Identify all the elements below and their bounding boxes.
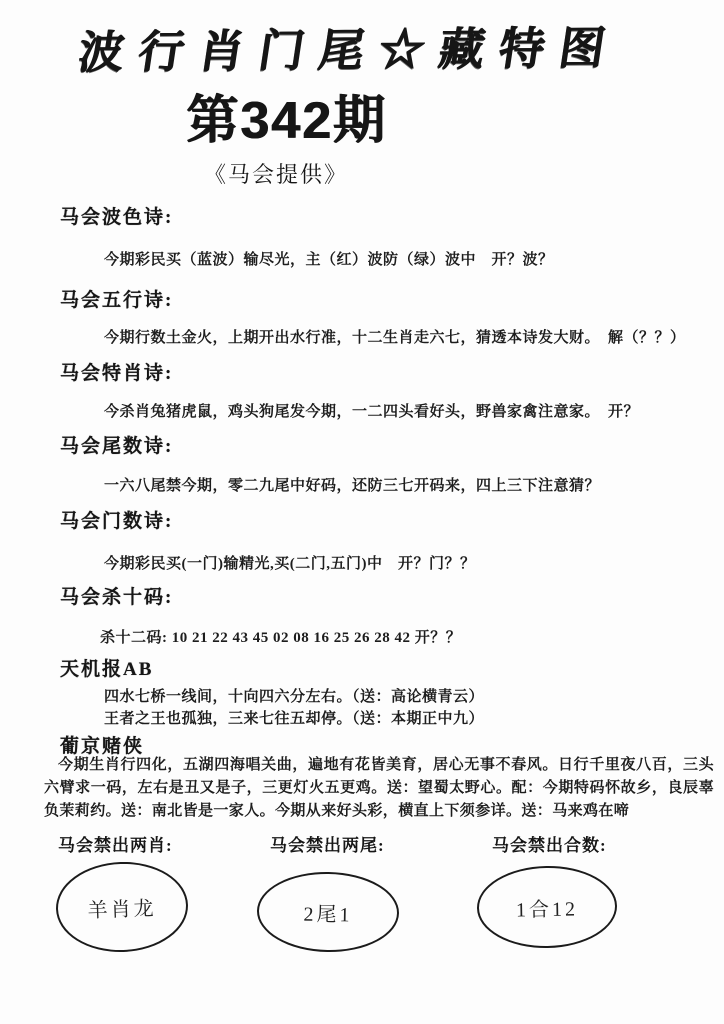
- section-heading-bose: 马会波色诗:: [60, 202, 173, 229]
- section-heading-menshu: 马会门数诗:: [60, 506, 173, 533]
- poem-line-texiao: 今杀肖兔猪虎鼠，鸡头狗尾发今期，一二四头看好头，野兽家禽注意家。 开？: [104, 400, 639, 421]
- forbidden-sum-heading: 马会禁出合数:: [492, 831, 607, 856]
- poem-line-weishu: 一六八尾禁今期，零二九尾中好码，还防三七开码来，四上三下注意猜？: [104, 474, 600, 495]
- killed-numbers-line: 杀十二码: 10 21 22 43 45 02 08 16 25 26 28 4…: [100, 626, 461, 647]
- section-heading-wuxing: 马会五行诗:: [60, 285, 173, 312]
- forbidden-zodiac-oval: 羊肖龙: [54, 860, 189, 955]
- forbidden-tail-value: 2尾1: [303, 897, 352, 927]
- pujing-paragraph: 今期生肖行四化，五湖四海唱关曲，遍地有花皆美育，居心无事不春风。日行千里夜八百，…: [44, 754, 714, 823]
- forbidden-tail-oval: 2尾1: [256, 871, 399, 953]
- issue-number: 第342期: [186, 78, 387, 153]
- tianji-line-2: 王者之王也孤独，三来七往五却停。（送：本期正中九）: [104, 707, 484, 728]
- forbidden-zodiac-heading: 马会禁出两肖:: [58, 831, 173, 856]
- poem-line-bose: 今期彩民买（蓝波）输尽光，主（红）波防（绿）波中 开？波？: [104, 248, 554, 269]
- forbidden-tail-heading: 马会禁出两尾:: [270, 831, 385, 856]
- tianji-line-1: 四水七桥一线间，十向四六分左右。（送：高论横青云）: [104, 685, 484, 706]
- source-label: 《马会提供》: [204, 158, 348, 189]
- forbidden-sum-value: 1合12: [516, 892, 578, 922]
- section-heading-tianji: 天机报AB: [60, 654, 153, 681]
- section-heading-texiao: 马会特肖诗:: [60, 358, 173, 385]
- tip-sheet-page: 波行肖门尾☆藏特图 第342期 《马会提供》 马会波色诗: 今期彩民买（蓝波）输…: [0, 0, 724, 1024]
- page-title: 波行肖门尾☆藏特图: [74, 11, 624, 81]
- section-heading-shama: 马会杀十码:: [60, 582, 173, 609]
- forbidden-sum-oval: 1合12: [476, 865, 617, 949]
- poem-line-menshu: 今期彩民买(一门)输精光,买(二门,五门)中 开？门？？: [104, 552, 475, 573]
- section-heading-weishu: 马会尾数诗:: [60, 431, 173, 458]
- poem-line-wuxing: 今期行数土金火，上期开出水行准，十二生肖走六七，猜透本诗发大财。 解（？？）: [104, 326, 686, 347]
- forbidden-zodiac-value: 羊肖龙: [87, 891, 157, 922]
